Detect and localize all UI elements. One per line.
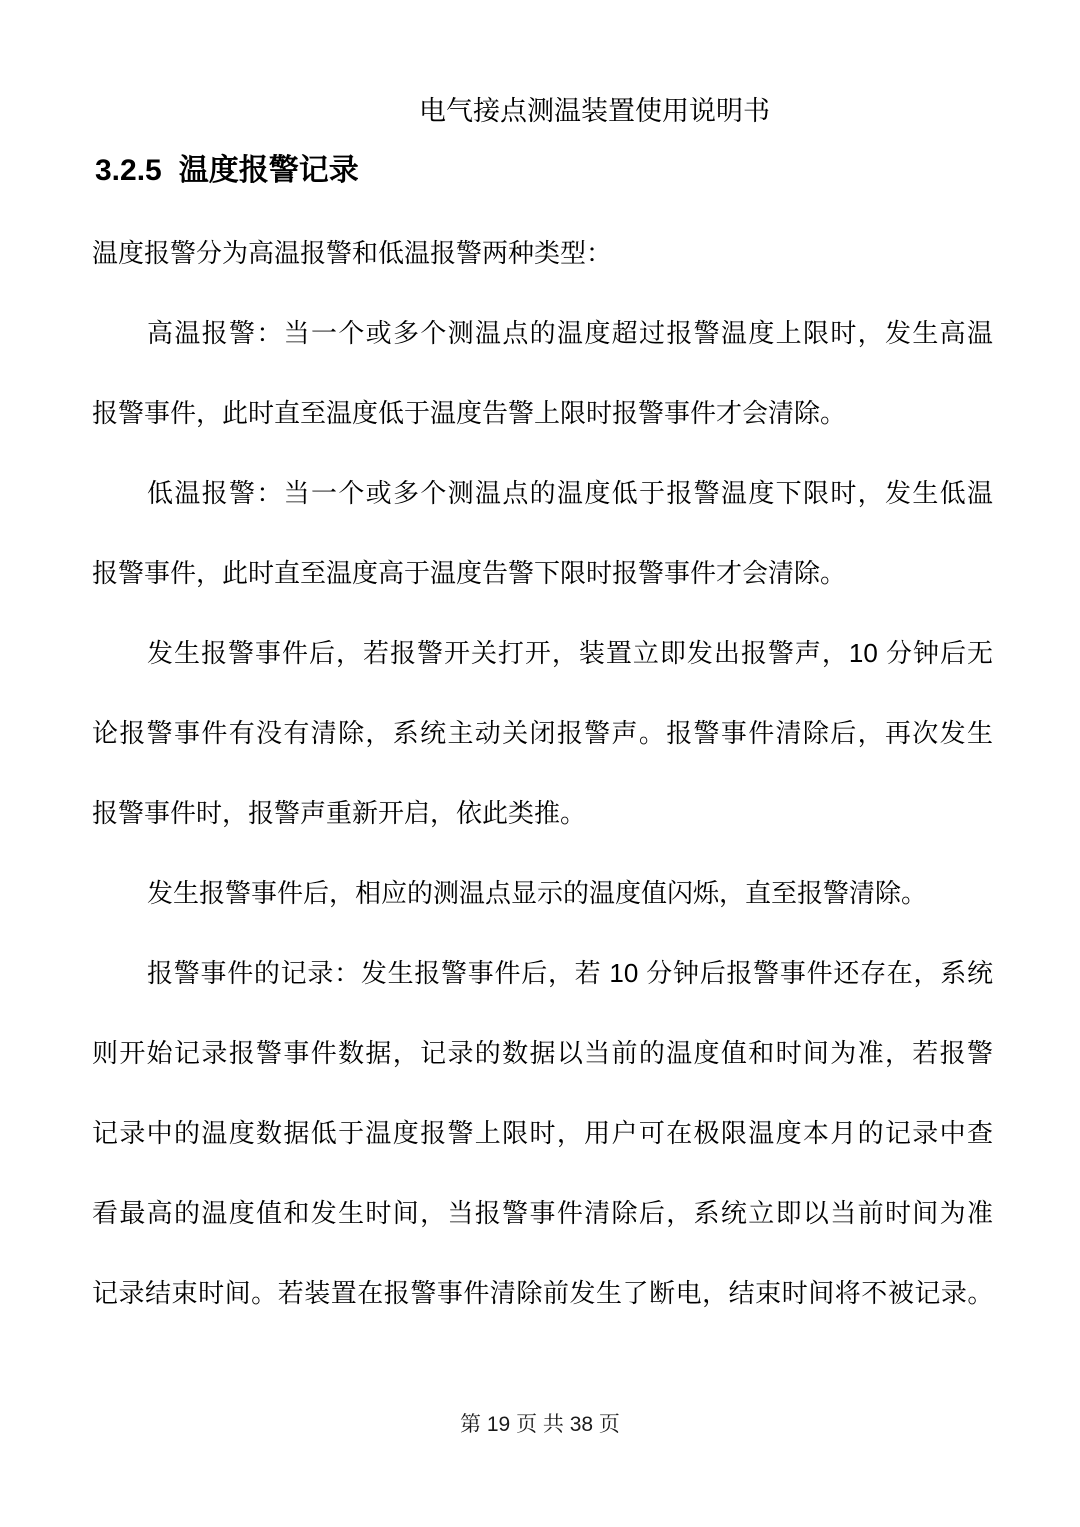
body-line: 低温报警：当一个或多个测温点的温度低于报警温度下限时，发生低温 [92, 476, 993, 510]
body-line: 记录结束时间。若装置在报警事件清除前发生了断电，结束时间将不被记录。 [92, 1276, 993, 1310]
body-line: 记录中的温度数据低于温度报警上限时，用户可在极限温度本月的记录中查 [92, 1116, 993, 1150]
body-line: 报警事件时，报警声重新开启，依此类推。 [92, 796, 993, 830]
body-line: 报警事件的记录：发生报警事件后，若 10 分钟后报警事件还存在，系统 [92, 956, 993, 990]
body-line: 温度报警分为高温报警和低温报警两种类型： [92, 236, 993, 270]
body-line: 看最高的温度值和发生时间，当报警事件清除后，系统立即以当前时间为准 [92, 1196, 993, 1230]
body-line: 报警事件，此时直至温度高于温度告警下限时报警事件才会清除。 [92, 556, 993, 590]
page-number-footer: 第 19 页 共 38 页 [0, 1411, 1080, 1439]
body-line: 高温报警：当一个或多个测温点的温度超过报警温度上限时，发生高温 [92, 316, 993, 350]
body-line: 则开始记录报警事件数据，记录的数据以当前的温度值和时间为准，若报警 [92, 1036, 993, 1070]
body-line: 发生报警事件后，相应的测温点显示的温度值闪烁，直至报警清除。 [92, 876, 993, 910]
body-line: 发生报警事件后，若报警开关打开，装置立即发出报警声，10 分钟后无 [92, 636, 993, 670]
body-line: 报警事件，此时直至温度低于温度告警上限时报警事件才会清除。 [92, 396, 993, 430]
section-number: 3.2.5 [95, 154, 162, 187]
document-header-title: 电气接点测温装置使用说明书 [419, 93, 770, 129]
section-heading: 3.2.5温度报警记录 [95, 151, 359, 191]
body-line: 论报警事件有没有清除，系统主动关闭报警声。报警事件清除后，再次发生 [92, 716, 993, 750]
document-page: 电气接点测温装置使用说明书 3.2.5温度报警记录 温度报警分为高温报警和低温报… [0, 0, 1080, 1527]
section-title: 温度报警记录 [179, 154, 359, 187]
